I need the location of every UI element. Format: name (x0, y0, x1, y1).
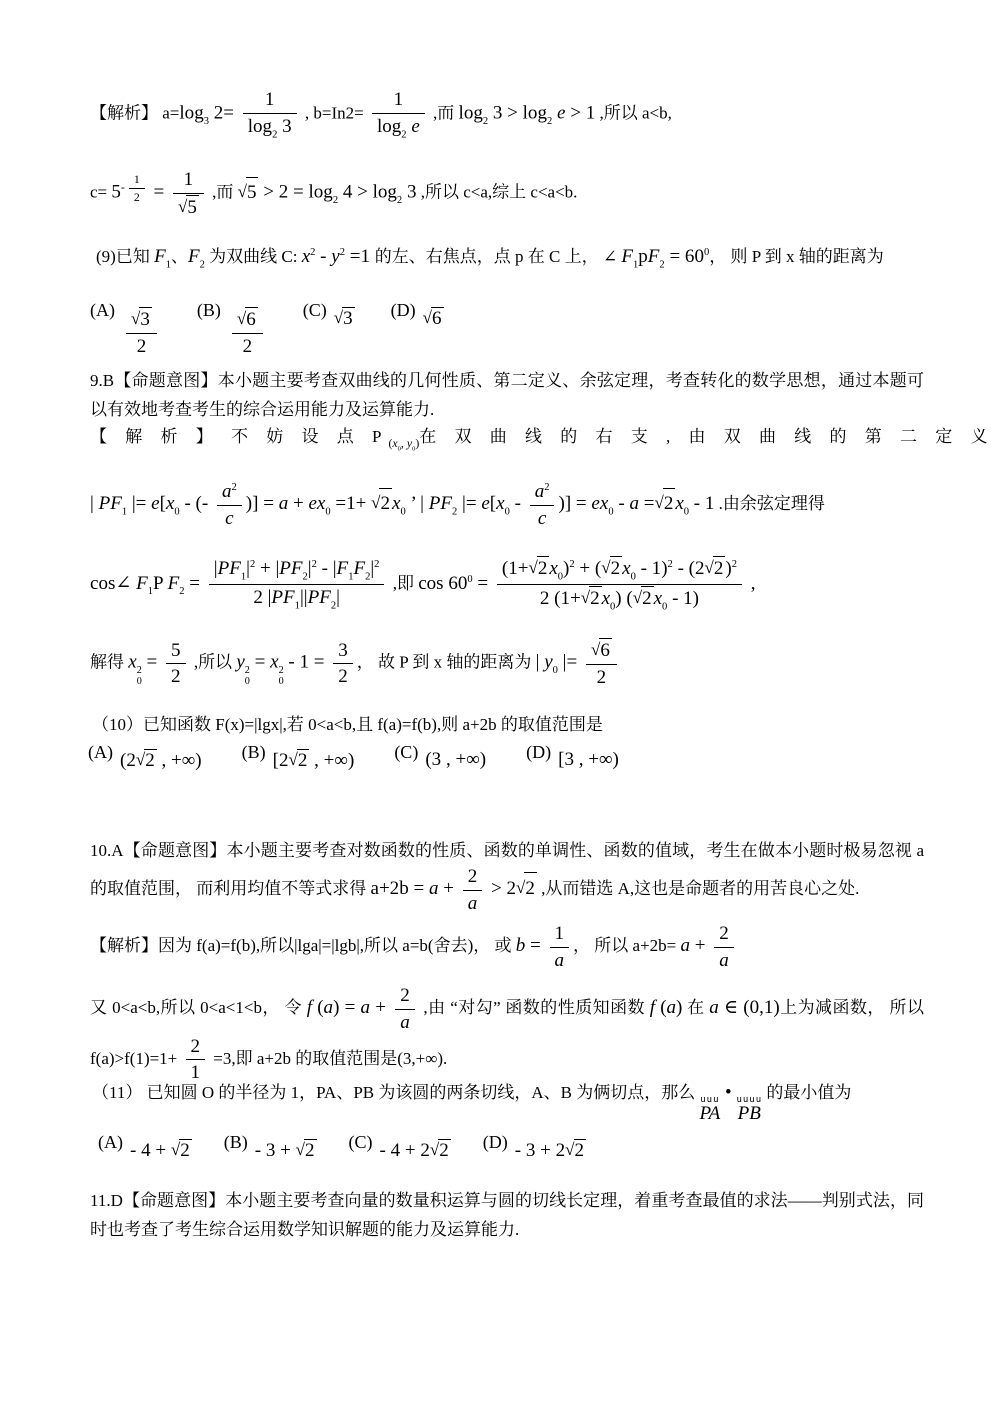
option-value: - 4 + √2 (130, 1139, 192, 1162)
option-10c: (C)(3 , +∞) (394, 742, 486, 764)
option-value: (3 , +∞) (425, 749, 486, 771)
answer-11-intent: 11.D【命题意图】本小题主要考查向量的数量积运算与圆的切线长定理，着重考查最值… (90, 1186, 924, 1244)
answer-9-analysis-intro: 【 解 析 】 不 妨 设 点 P(x0, y0)在 双 曲 线 的 右 支 ,… (90, 424, 924, 455)
option-9c: (C)√3 (303, 300, 355, 323)
option-10b: (B)[2√2 , +∞) (242, 742, 355, 765)
option-label: (B) (224, 1132, 248, 1153)
option-11b: (B)- 3 + √2 (224, 1132, 317, 1155)
option-value: √32 (122, 307, 161, 359)
option-11c: (C)- 4 + 2√2 (349, 1132, 451, 1155)
solution-8-line2: c= 5-12 = 1√5 ,而 √5 > 2 = log2 4 > log2 … (90, 168, 940, 220)
option-label: (A) (98, 1132, 123, 1153)
option-value: - 3 + 2√2 (515, 1139, 586, 1162)
option-10d: (D)[3 , +∞) (526, 742, 619, 764)
option-10a: (A)(2√2 , +∞) (88, 742, 202, 765)
option-11d: (D)- 3 + 2√2 (483, 1132, 586, 1155)
option-value: - 4 + 2√2 (380, 1139, 451, 1162)
option-9d: (D)√6 (391, 300, 444, 323)
answer-9-intent: 9.B【命题意图】本小题主要考查双曲线的几何性质、第二定义、余弦定理，考查转化的… (90, 366, 924, 424)
answer-10-analysis-line2: 又 0<a<b,所以 0<a<1<b， 令 f (a) = a + 2a ,由 … (90, 984, 924, 1085)
option-label: (A) (90, 300, 115, 321)
option-label: (B) (242, 742, 266, 763)
question-10-options: (A)(2√2 , +∞) (B)[2√2 , +∞) (C)(3 , +∞) … (88, 742, 619, 765)
answer-9-pf-formulas: | PF1 |= e[x0 - (- a2c)] = a + ex0 =1+ √… (90, 480, 940, 531)
question-9-stem: (9)已知 F1、F2 为双曲线 C: x2 - y2 =1 的左、右焦点，点 … (96, 242, 926, 274)
option-label: (D) (526, 742, 551, 763)
question-11-options: (A)- 4 + √2 (B)- 3 + √2 (C)- 4 + 2√2 (D)… (98, 1132, 586, 1155)
document-page: 【解析】 a=log3 2= 1log2 3 , b=In2= 1log2 e … (0, 0, 1000, 1415)
option-value: √3 (334, 307, 355, 330)
question-11-stem: （11） 已知圆 O 的半径为 1，PA、PB 为该圆的两条切线，A、B 为俩切… (92, 1078, 932, 1125)
option-value: √62 (228, 307, 267, 359)
option-label: (D) (391, 300, 416, 321)
option-value: [3 , +∞) (558, 749, 619, 771)
option-label: (C) (303, 300, 327, 321)
option-value: [2√2 , +∞) (273, 749, 355, 772)
option-label: (C) (394, 742, 418, 763)
option-label: (A) (88, 742, 113, 763)
option-label: (B) (197, 300, 221, 321)
option-label: (D) (483, 1132, 508, 1153)
option-9b: (B)√62 (197, 300, 267, 352)
answer-10-analysis-line1: 【解析】因为 f(a)=f(b),所以|lga|=|lgb|,所以 a=b(舍去… (90, 922, 940, 973)
option-label: (C) (349, 1132, 373, 1153)
answer-10-intent: 10.A【命题意图】本小题主要考查对数函数的性质、函数的单调性、函数的值域，考生… (90, 836, 924, 916)
answer-9-cosine-formula: cos∠ F1P F2 = |PF1|2 + |PF2|2 - |F1F2|22… (90, 556, 940, 614)
question-10-stem: （10）已知函数 F(x)=|lgx|,若 0<a<b,且 f(a)=f(b),… (92, 712, 926, 738)
option-value: (2√2 , +∞) (120, 749, 202, 772)
option-value: √6 (423, 307, 444, 330)
solution-8-line1: 【解析】 a=log3 2= 1log2 3 , b=In2= 1log2 e … (90, 88, 940, 141)
answer-9-conclusion: 解得 x20 = 52 ,所以 y20 = x20 - 1 = 32， 故 P … (90, 638, 940, 690)
option-9a: (A)√32 (90, 300, 161, 352)
question-9-options: (A)√32 (B)√62 (C)√3 (D)√6 (90, 300, 444, 352)
option-value: - 3 + √2 (255, 1139, 317, 1162)
option-11a: (A)- 4 + √2 (98, 1132, 192, 1155)
